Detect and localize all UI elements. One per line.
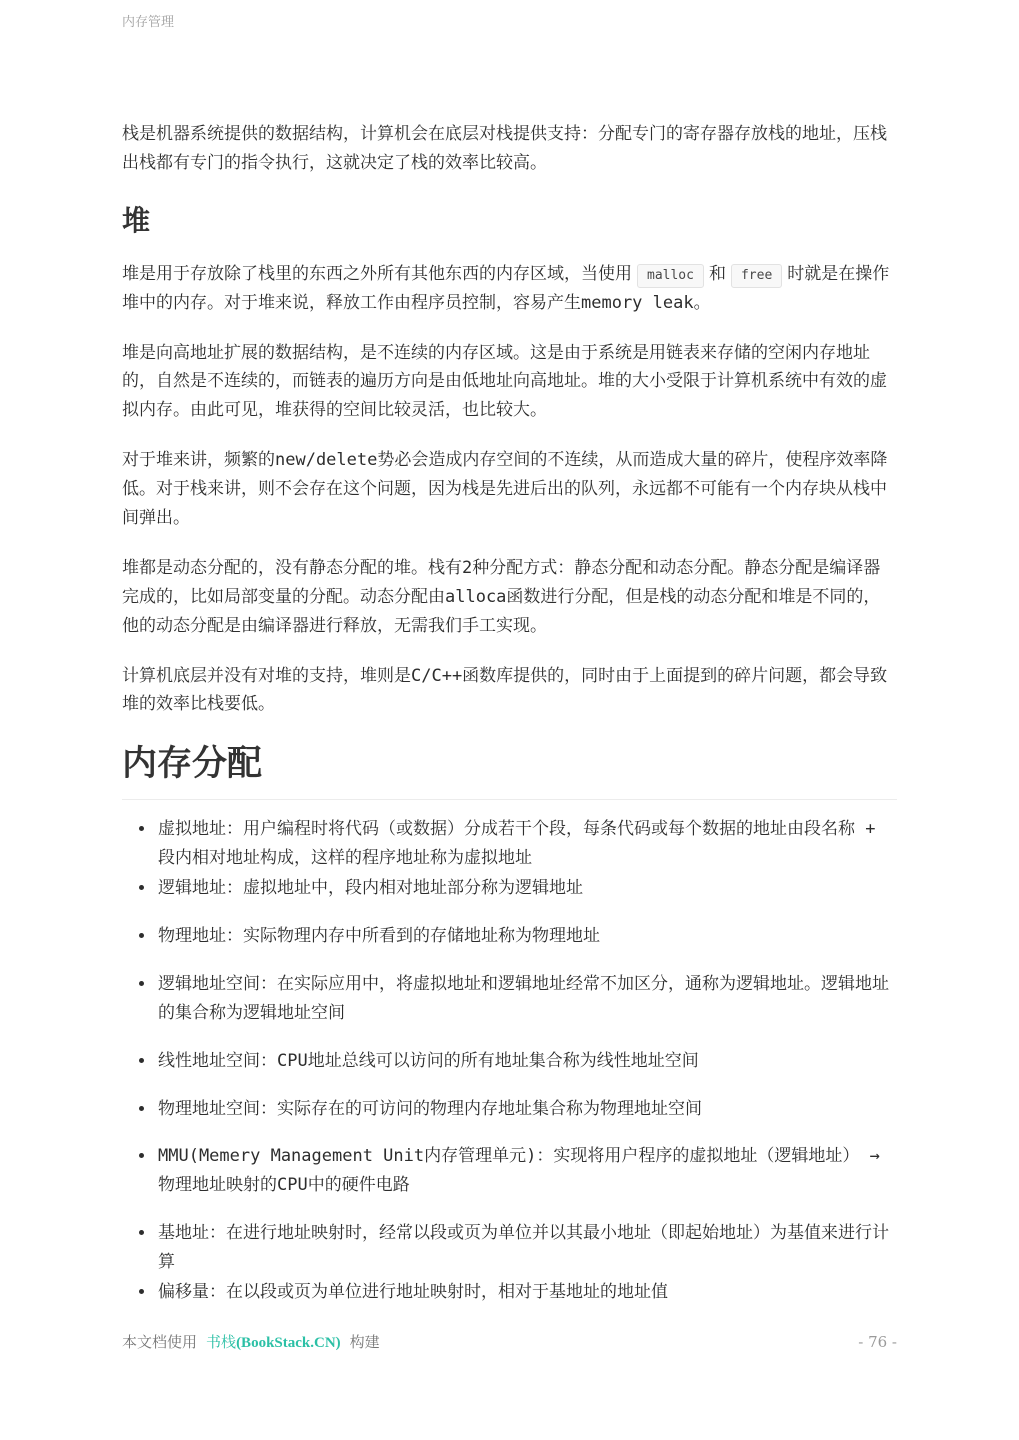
- paragraph-new-delete-fragments: 对于堆来讲，频繁的new/delete势必会造成内存空间的不连续，从而造成大量的…: [122, 446, 897, 533]
- term-list-item: 物理地址：实际物理内存中所看到的存储地址称为物理地址: [156, 922, 897, 951]
- term-list-item: 物理地址空间：实际存在的可访问的物理内存地址集合称为物理地址空间: [156, 1095, 897, 1124]
- term-list-item: 线性地址空间：CPU地址总线可以访问的所有地址集合称为线性地址空间: [156, 1047, 897, 1076]
- paragraph-heap-growth: 堆是向高地址扩展的数据结构，是不连续的内存区域。这是由于系统是用链表来存储的空闲…: [122, 339, 897, 426]
- page-number: - 76 -: [858, 1331, 897, 1354]
- heading-memory-allocation: 内存分配: [122, 743, 897, 785]
- term-list-item: 虚拟地址：用户编程时将代码（或数据）分成若干个段，每条代码或每个数据的地址由段名…: [156, 815, 897, 873]
- paragraph-heap-efficiency: 计算机底层并没有对堆的支持，堆则是C/C++函数库提供的，同时由于上面提到的碎片…: [122, 662, 897, 720]
- heading-heap: 堆: [122, 202, 897, 240]
- bookstack-link-latin: (BookStack.CN): [236, 1335, 341, 1351]
- doc-title: 内存管理: [122, 15, 174, 30]
- footer-suffix: 构建: [341, 1333, 380, 1351]
- term-list-item: 逻辑地址：虚拟地址中，段内相对地址部分称为逻辑地址: [156, 874, 897, 903]
- document-page: 内存管理 栈是机器系统提供的数据结构，计算机会在底层对栈提供支持：分配专门的寄存…: [0, 0, 1019, 1440]
- document-body: 栈是机器系统提供的数据结构，计算机会在底层对栈提供支持：分配专门的寄存器存放栈的…: [122, 120, 897, 1307]
- term-list-item: 偏移量：在以段或页为单位进行地址映射时，相对于基地址的地址值: [156, 1278, 897, 1307]
- inline-code: malloc: [637, 264, 704, 288]
- inline-code: free: [731, 264, 782, 288]
- paragraph-stack-intro: 栈是机器系统提供的数据结构，计算机会在底层对栈提供支持：分配专门的寄存器存放栈的…: [122, 120, 897, 178]
- footer-prefix: 本文档使用: [122, 1333, 206, 1351]
- doc-header: 内存管理: [122, 14, 897, 32]
- term-list-item: MMU(Memery Management Unit内存管理单元)：实现将用户程…: [156, 1142, 897, 1200]
- bookstack-link-cn: 书栈: [206, 1333, 236, 1351]
- paragraph-dynamic-allocation: 堆都是动态分配的，没有静态分配的堆。栈有2种分配方式：静态分配和动态分配。静态分…: [122, 554, 897, 641]
- term-list-item: 逻辑地址空间：在实际应用中，将虚拟地址和逻辑地址经常不加区分，通称为逻辑地址。逻…: [156, 970, 897, 1028]
- doc-footer: 本文档使用 书栈(BookStack.CN) 构建 - 76 -: [122, 1331, 897, 1355]
- paragraph-heap-malloc-free: 堆是用于存放除了栈里的东西之外所有其他东西的内存区域，当使用malloc和fre…: [122, 260, 897, 318]
- bookstack-link[interactable]: 书栈(BookStack.CN): [206, 1333, 341, 1351]
- footer-build-note: 本文档使用 书栈(BookStack.CN) 构建: [122, 1331, 380, 1355]
- term-list: 虚拟地址：用户编程时将代码（或数据）分成若干个段，每条代码或每个数据的地址由段名…: [122, 815, 897, 1307]
- section-divider: [122, 799, 897, 800]
- term-list-item: 基地址：在进行地址映射时，经常以段或页为单位并以其最小地址（即起始地址）为基值来…: [156, 1219, 897, 1277]
